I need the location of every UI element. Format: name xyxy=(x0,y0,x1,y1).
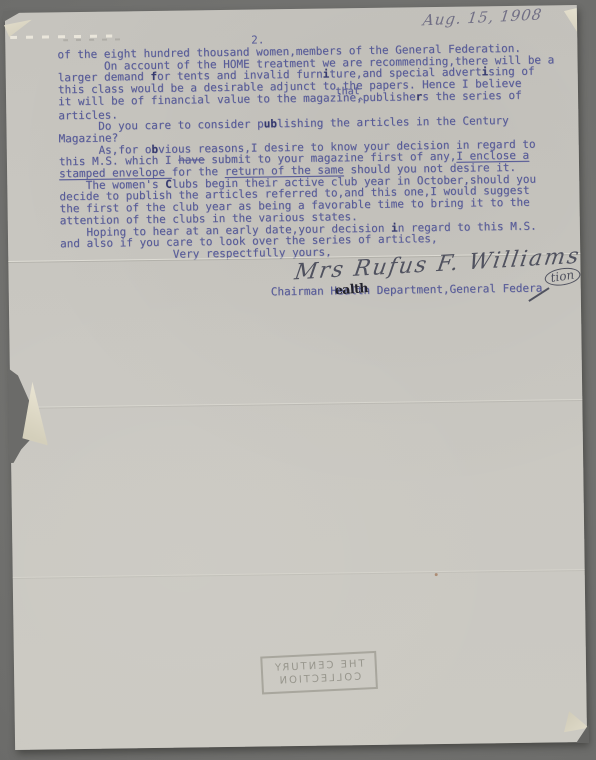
torn-corner-top-left xyxy=(3,11,23,22)
letter-text-segment: publishe xyxy=(363,90,416,104)
title-overtype-correction: ealth xyxy=(334,281,368,296)
torn-edge-top-right xyxy=(564,8,577,32)
letter-body: of the eight hundred thousand women,memb… xyxy=(57,43,542,262)
fold-crease-2 xyxy=(10,399,582,409)
tear-marks-top-left-2 xyxy=(63,38,121,41)
fold-crease-3 xyxy=(13,569,585,579)
typed-title-line: Chairman Health Department,General Feder… xyxy=(271,283,543,298)
handwritten-date: Aug. 15, 1908 xyxy=(422,6,543,28)
letter-text-segment: ub xyxy=(264,117,277,130)
rust-speck xyxy=(435,573,438,576)
letter-text-segment: s the series of xyxy=(422,89,522,103)
scanned-letter-page: Aug. 15, 1908 2. of the eight hundred th… xyxy=(0,0,596,760)
fold-top-left xyxy=(4,20,32,37)
century-collection-stamp-bleedthrough: THE CENTURY COLLECTION xyxy=(260,651,378,695)
letter-paper: Aug. 15, 1908 2. of the eight hundred th… xyxy=(5,5,587,750)
stamp-line-2: COLLECTION xyxy=(277,671,361,688)
fold-bottom-right xyxy=(564,711,589,732)
